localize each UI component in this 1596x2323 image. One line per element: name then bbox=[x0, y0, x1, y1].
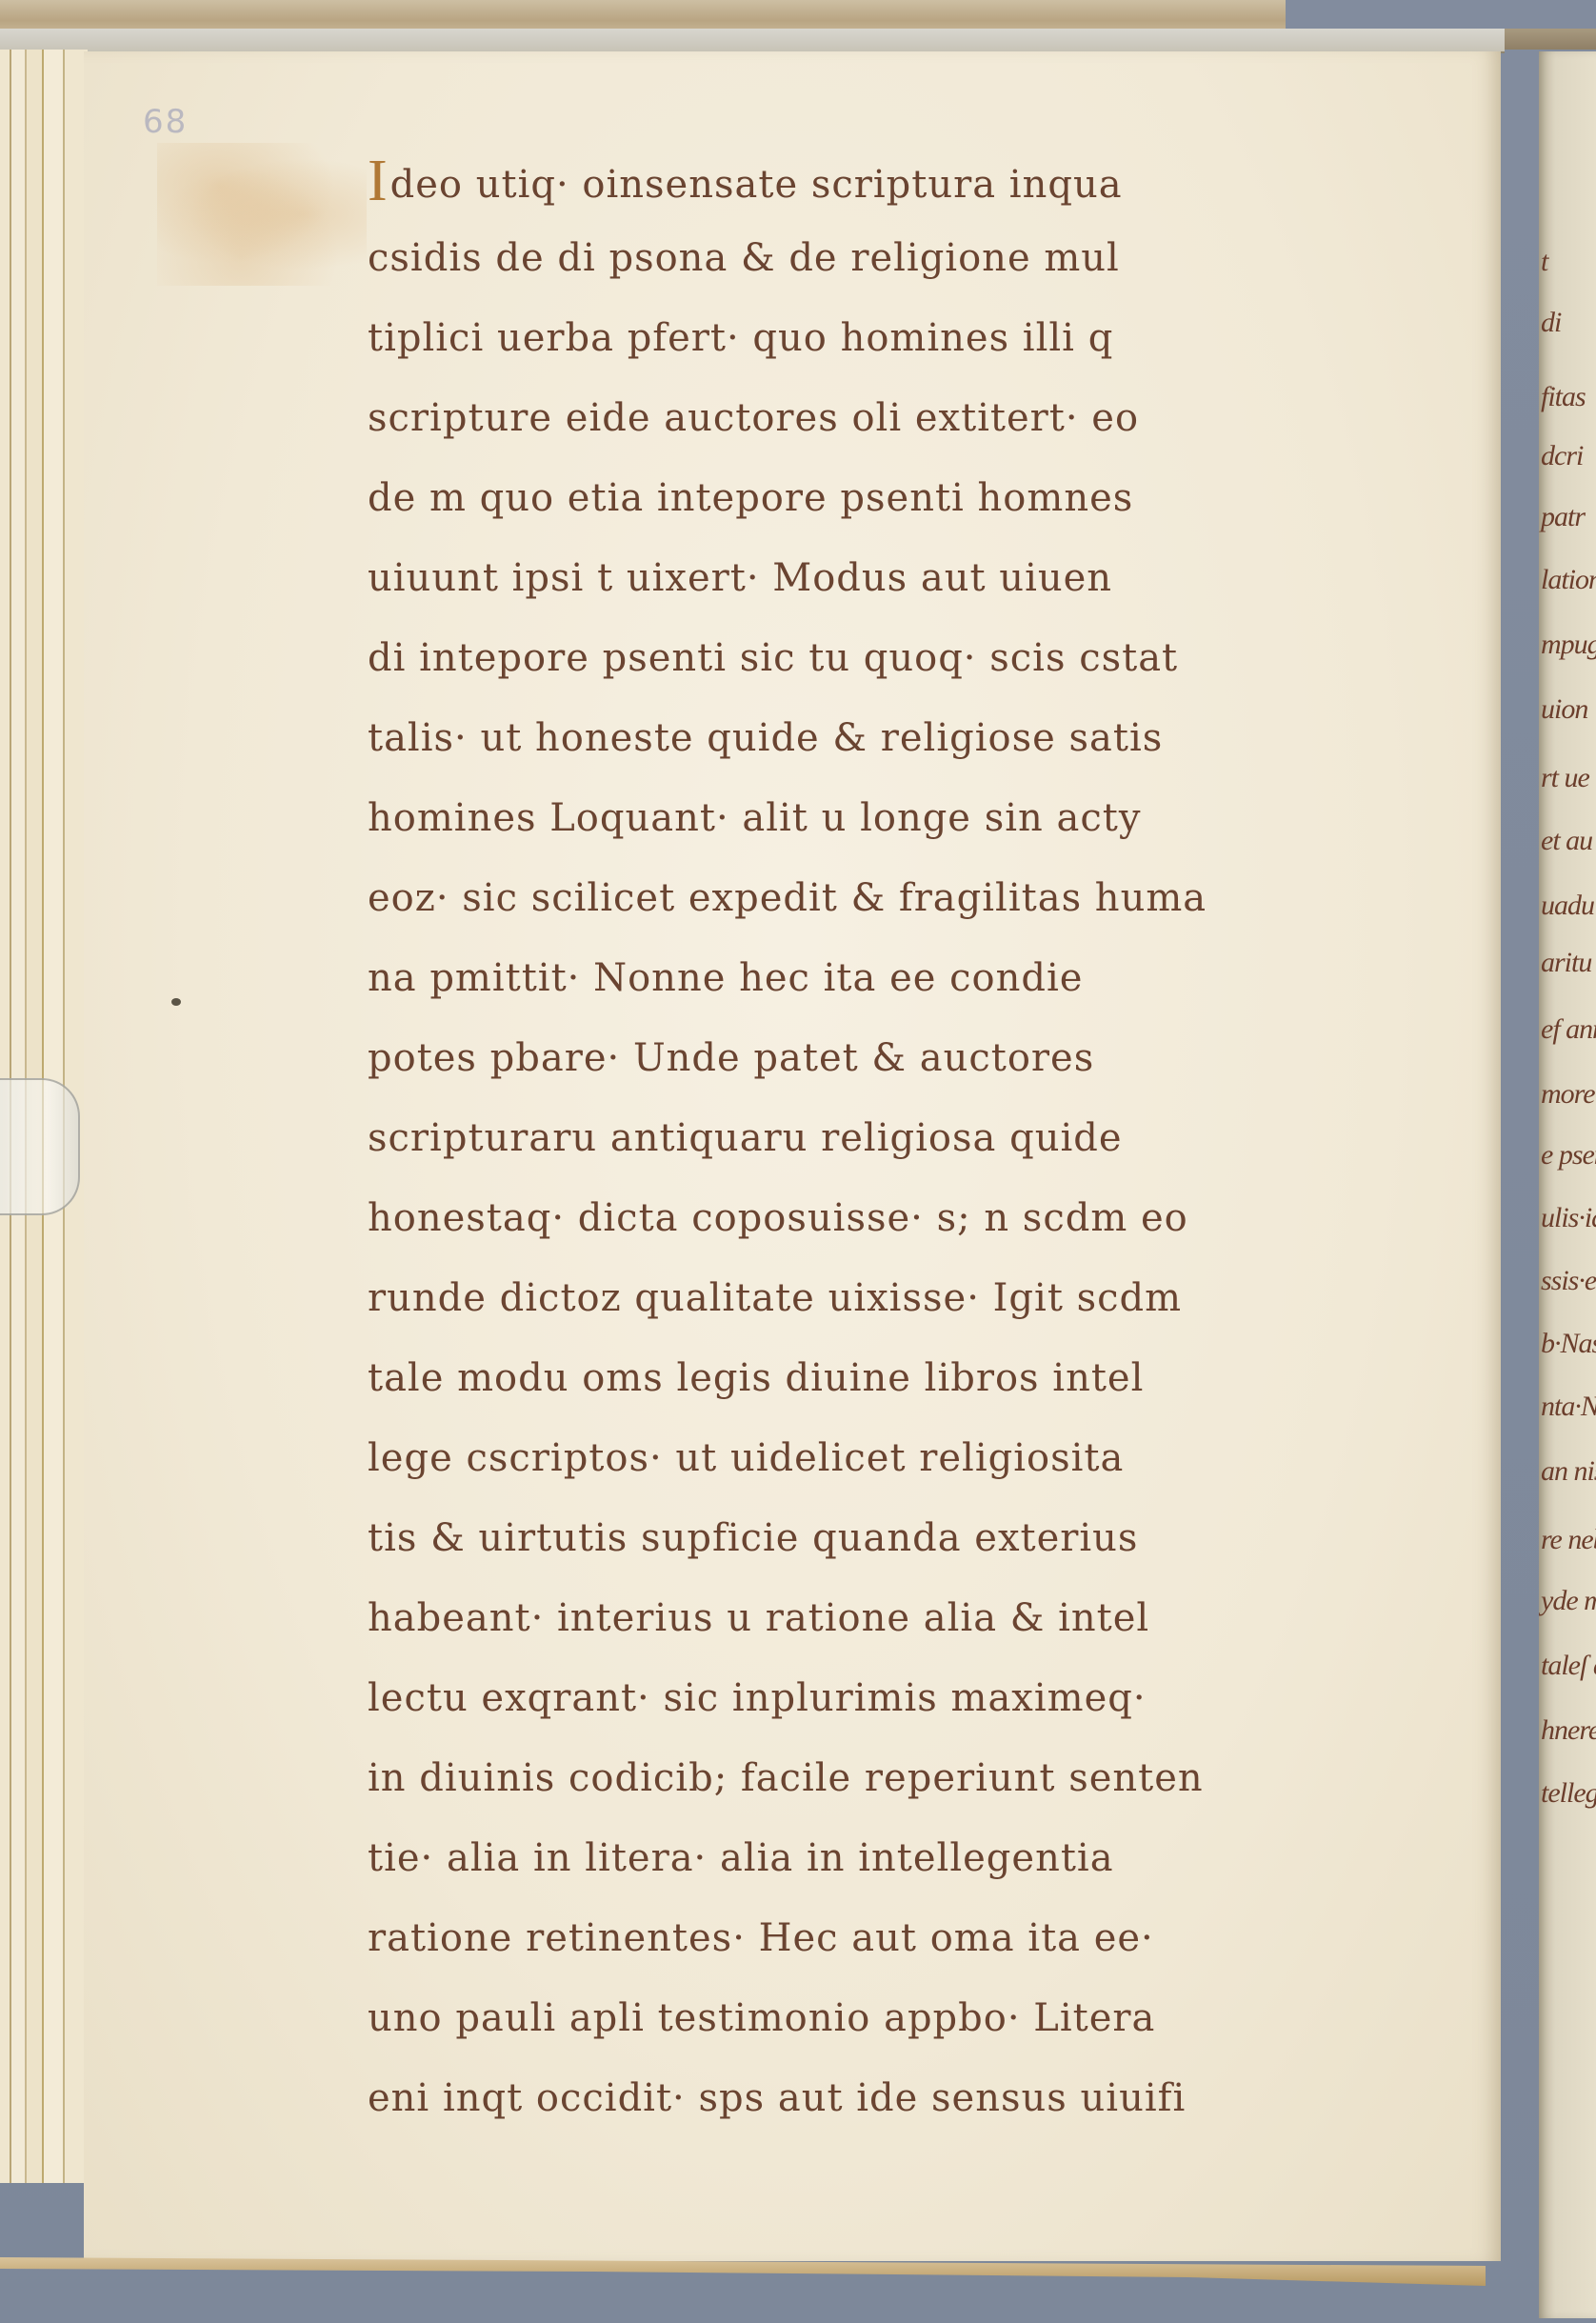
facing-page-text-fragment: hnere·& bbox=[1541, 1714, 1596, 1747]
page-clip-icon bbox=[0, 1078, 80, 1215]
text-line-24: uno pauli apli testimonio appbo· Litera bbox=[368, 1994, 1491, 2042]
text-line-3: tiplici uerba pfert· quo homines illi q bbox=[368, 314, 1491, 362]
text-line-25: eni inqt occidit· sps aut ide sensus uiu… bbox=[368, 2074, 1491, 2122]
facing-page-text-fragment: fitas bbox=[1541, 381, 1586, 413]
facing-page-text-fragment: b·Nasuf bbox=[1541, 1328, 1596, 1360]
decorated-initial: I bbox=[368, 149, 389, 213]
facing-page-text-fragment: ssis·erip bbox=[1541, 1265, 1596, 1297]
text-line-19: habeant· interius u ratione alia & intel bbox=[368, 1594, 1491, 1642]
facing-page-text-fragment: aritu bbox=[1541, 947, 1591, 979]
text-line-6: uiuunt ipsi t uixert· Modus aut uiuen bbox=[368, 554, 1491, 602]
text-line-11: na pmittit· Nonne hec ita ee condie bbox=[368, 954, 1491, 1002]
facing-page-text-fragment: tellegere bbox=[1541, 1777, 1596, 1810]
text-line-17: lege cscriptos· ut uidelicet religiosita bbox=[368, 1434, 1491, 1482]
folio-number: 68 bbox=[143, 103, 188, 141]
text-line-2: csidis de di psona & de religione mul bbox=[368, 234, 1491, 282]
stray-ink-dot bbox=[171, 998, 181, 1006]
facing-page-text-fragment: taleſ du bbox=[1541, 1650, 1596, 1682]
facing-page-text-fragment: dcri bbox=[1541, 440, 1583, 472]
facing-page-text-fragment: et au bbox=[1541, 825, 1592, 857]
text-line-8: talis· ut honeste quide & religiose sati… bbox=[368, 714, 1491, 762]
text-line-18: tis & uirtutis supficie quanda exterius bbox=[368, 1514, 1491, 1562]
text-line-4: scripture eide auctores oli extitert· eo bbox=[368, 394, 1491, 442]
text-line-22: tie· alia in litera· alia in intellegent… bbox=[368, 1834, 1491, 1882]
facing-page-text-fragment: mpug bbox=[1541, 629, 1596, 661]
text-line-20: lectu exqrant· sic inplurimis maximeq· bbox=[368, 1674, 1491, 1722]
facing-page-text-fragment: re nebu bbox=[1541, 1524, 1596, 1556]
text-line-15: runde dictoz qualitate uixisse· Igit scd… bbox=[368, 1274, 1491, 1322]
facing-page-text-fragment: an nisol bbox=[1541, 1455, 1596, 1488]
text-line-13: scripturaru antiquaru religiosa quide bbox=[368, 1114, 1491, 1162]
facing-page-text-fragment: e psen bbox=[1541, 1139, 1596, 1172]
page-top-edge bbox=[0, 29, 1505, 53]
text-line-12: potes pbare· Unde patet & auctores bbox=[368, 1034, 1491, 1082]
text-line-23: ratione retinentes· Hec aut oma ita ee· bbox=[368, 1914, 1491, 1962]
facing-page-text-fragment: rt ue bbox=[1541, 762, 1589, 794]
facing-page-text-fragment: yde meo bbox=[1541, 1585, 1596, 1617]
text-line-5: de m quo etia intepore psenti homnes bbox=[368, 474, 1491, 522]
facing-page-text-fragment: lation bbox=[1541, 564, 1596, 596]
ink-offset-stain bbox=[157, 143, 367, 286]
text-line-21: in diuinis codicib; facile reperiunt sen… bbox=[368, 1754, 1491, 1802]
text-line-16: tale modu oms legis diuine libros intel bbox=[368, 1354, 1491, 1402]
text-line-content: deo utiq· oinsensate scriptura inqua bbox=[390, 163, 1123, 207]
facing-page-text-fragment: nta·Nul bbox=[1541, 1391, 1596, 1423]
facing-page-text-fragment: t bbox=[1541, 246, 1547, 278]
text-line-9: homines Loquant· alit u longe sin acty bbox=[368, 794, 1491, 842]
text-line-10: eoz· sic scilicet expedit & fragilitas h… bbox=[368, 874, 1491, 922]
facing-page-text-fragment: patr bbox=[1541, 501, 1585, 533]
text-line-7: di intepore psenti sic tu quoq· scis cst… bbox=[368, 634, 1491, 682]
facing-page-text-fragment: uion bbox=[1541, 693, 1587, 726]
facing-page-text-fragment: di bbox=[1541, 307, 1561, 339]
facing-page-text-fragment: ef ann bbox=[1541, 1013, 1596, 1046]
text-line-14: honestaq· dicta coposuisse· s; n scdm eo bbox=[368, 1194, 1491, 1242]
facing-page-text-fragment: uadu bbox=[1541, 890, 1594, 922]
facing-page-text-fragment: ulis·ia bbox=[1541, 1202, 1596, 1234]
facing-page-edge: tdifitasdcripatrlationmpuguionrt ueet au… bbox=[1539, 51, 1596, 2318]
manuscript-text-block: Ideo utiq· oinsensate scriptura inqua cs… bbox=[368, 154, 1491, 2122]
facing-page-text-fragment: more bbox=[1541, 1078, 1595, 1111]
text-line-1: Ideo utiq· oinsensate scriptura inqua bbox=[368, 154, 1491, 202]
